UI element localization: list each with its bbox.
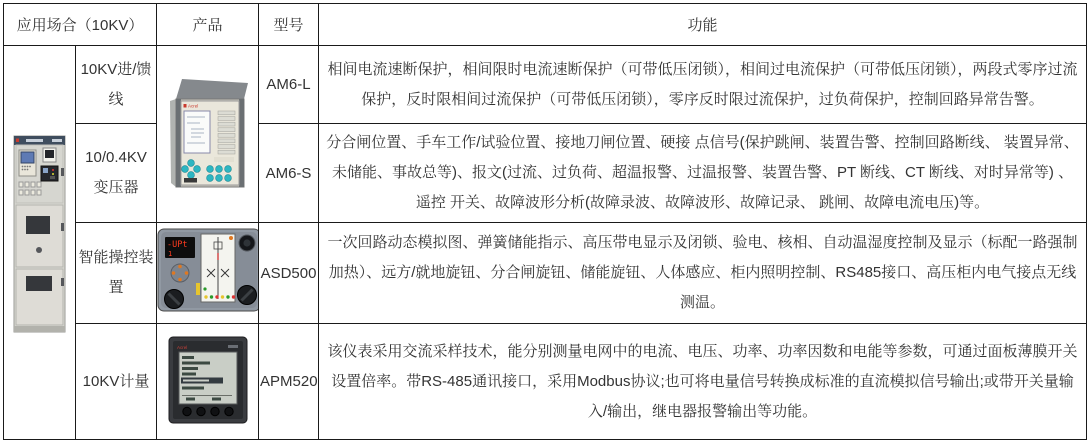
header-function: 功能 xyxy=(319,4,1087,46)
model-cell-apm520: APM520 xyxy=(259,324,319,440)
cabinet-lock xyxy=(36,247,42,253)
header-model: 型号 xyxy=(259,4,319,46)
asd500-warning-sticker xyxy=(196,283,200,295)
application-cell-feeder: 10KV进/馈线 xyxy=(76,46,157,124)
table-row-apm520: 10KV计量 Acrel xyxy=(4,324,1087,440)
header-application: 应用场合（10KV） xyxy=(4,4,157,46)
page: 应用场合（10KV） 产品 型号 功能 xyxy=(0,0,1089,443)
function-cell-asd500: 一次回路动态模拟图、弹簧储能指示、高压带电显示及闭锁、验电、核相、自动温湿度控制… xyxy=(319,223,1087,324)
header-product: 产品 xyxy=(157,4,259,46)
application-cell-metering: 10KV计量 xyxy=(76,324,157,440)
apm520-device-icon: Acrel xyxy=(168,333,248,427)
application-cell-transformer: 10/0.4KV变压器 xyxy=(76,124,157,223)
apm520-product-cell: Acrel xyxy=(157,324,259,440)
table-row-asd500: 智能操控装置 -UPt 1 xyxy=(4,223,1087,324)
am6-brand-label: Acrel xyxy=(188,104,198,109)
table-row-am6-l: 10KV进/馈线 Acrel xyxy=(4,46,1087,124)
switchgear-cabinet-image xyxy=(13,128,67,338)
apm520-product-image: Acrel xyxy=(168,333,248,427)
model-cell-am6-s: AM6-S xyxy=(259,124,319,223)
model-cell-am6-l: AM6-L xyxy=(259,46,319,124)
cabinet-photo-cell xyxy=(4,46,76,440)
model-cell-asd500: ASD500 xyxy=(259,223,319,324)
am6-product-cell: Acrel xyxy=(157,46,259,223)
asd500-product-image: -UPt 1 xyxy=(157,227,259,315)
function-cell-am6-l: 相间电流速断保护，相间限时电流速断保护（可带低压闭锁），相间过电流保护（可带低压… xyxy=(319,46,1087,124)
apm520-brand-label: Acrel xyxy=(177,345,187,350)
product-spec-table: 应用场合（10KV） 产品 型号 功能 xyxy=(3,3,1087,440)
switchgear-cabinet-icon xyxy=(13,128,67,338)
function-cell-am6-s: 分合闸位置、手车工作/试验位置、接地刀闸位置、硬接 点信号(保护跳闸、装置告警、… xyxy=(319,124,1087,223)
asd500-product-cell: -UPt 1 xyxy=(157,223,259,324)
am6-device-icon: Acrel xyxy=(158,73,258,191)
am6-product-image: Acrel xyxy=(158,73,258,191)
asd500-device-icon: -UPt 1 xyxy=(157,227,259,315)
cabinet-upper-door xyxy=(16,205,63,267)
table-header-row: 应用场合（10KV） 产品 型号 功能 xyxy=(4,4,1087,46)
application-cell-smart-control: 智能操控装置 xyxy=(76,223,157,324)
asd500-display-text: -UPt xyxy=(167,240,187,250)
function-cell-apm520: 该仪表采用交流采样技术，能分别测量电网中的电流、电压、功率、功率因数和电能等参数… xyxy=(319,324,1087,440)
asd500-display-text2: 1 xyxy=(168,250,172,258)
am6-port-slot xyxy=(184,178,197,183)
